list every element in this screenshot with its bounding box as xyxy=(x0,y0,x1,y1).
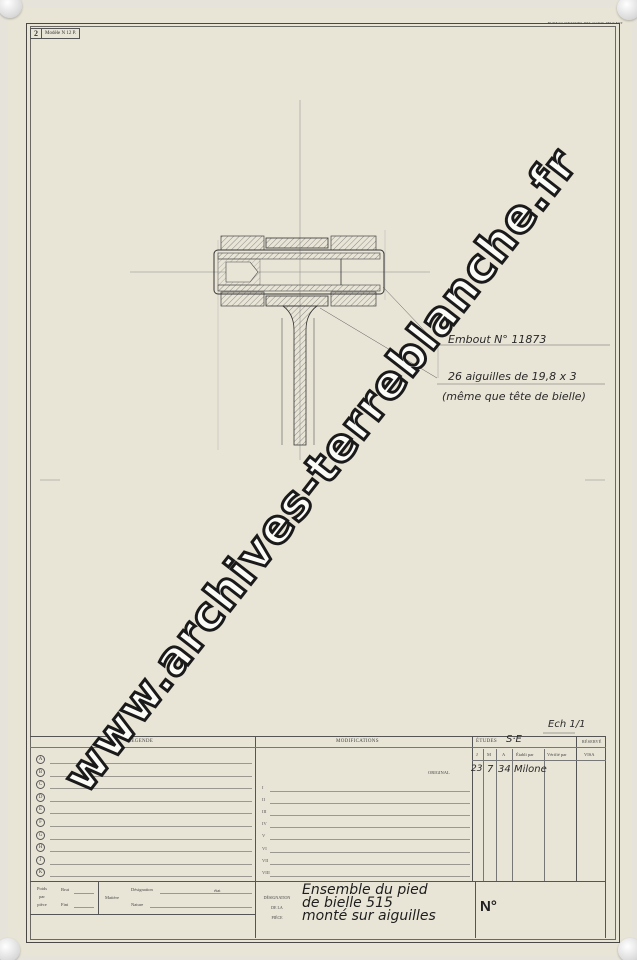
modification-row-8: VIII xyxy=(262,870,270,875)
legend-line xyxy=(50,851,252,852)
weight-line xyxy=(74,893,94,894)
weight-label-line: Poids xyxy=(34,885,50,893)
legend-letter-f: F xyxy=(36,818,45,827)
divider xyxy=(255,736,256,938)
modification-row-6: VI xyxy=(262,846,267,851)
divider xyxy=(98,881,99,914)
divider xyxy=(30,914,256,915)
column-verifie-par: Vérifié par xyxy=(547,752,567,757)
modification-row-4: IV xyxy=(262,821,267,826)
weight-label: Poids par pièce xyxy=(34,885,50,909)
legend-letter-a: A xyxy=(36,755,45,764)
modification-line xyxy=(270,791,470,792)
modification-line xyxy=(270,864,470,865)
weight-label-line: pièce xyxy=(34,901,50,909)
annotation-needles: 26 aiguilles de 19,8 x 3 xyxy=(448,370,577,383)
material-nature-label: Nature xyxy=(131,902,143,907)
modification-line xyxy=(270,827,470,828)
column-m: M xyxy=(487,752,491,757)
legend-letter-g: G xyxy=(36,831,45,840)
legend-letter-j: J xyxy=(36,856,45,865)
material-line xyxy=(160,893,252,894)
legend-line xyxy=(50,826,252,827)
legend-letter-c: C xyxy=(36,780,45,789)
scale-annotation: Ech 1/1 xyxy=(548,719,585,730)
modification-row-5: V xyxy=(262,833,265,838)
divider xyxy=(472,760,606,761)
modification-line xyxy=(270,803,470,804)
divider xyxy=(475,881,476,938)
visa-reserved: RÉSERVÉ xyxy=(582,739,602,744)
date-month: 7 xyxy=(487,764,493,775)
designation-label-line: PIÈCE xyxy=(258,913,296,923)
visa-title: VISA xyxy=(584,752,595,757)
weight-line xyxy=(74,907,94,908)
column-etabli-par: Établi par xyxy=(516,752,534,757)
material-designation-label: Désignation xyxy=(131,887,153,892)
date-day: 23 xyxy=(471,764,482,774)
divider xyxy=(576,736,577,881)
weight-brut-label: Brut xyxy=(61,887,69,892)
legend-line xyxy=(50,839,252,840)
legend-letter-k: K xyxy=(36,868,45,877)
divider xyxy=(483,749,484,881)
column-a: A xyxy=(502,752,505,757)
part-designation: Ensemble du pied de bielle 515 monté sur… xyxy=(302,884,436,923)
modification-row-3: III xyxy=(262,809,267,814)
modification-row-7: VII xyxy=(262,858,268,863)
designation-label: DÉSIGNATION DE LA PIÈCE xyxy=(258,893,296,923)
etudes-title: ÉTUDES xyxy=(476,739,497,744)
divider xyxy=(605,736,606,938)
modification-line xyxy=(270,852,470,853)
legend-letter-e: E xyxy=(36,805,45,814)
modification-line xyxy=(270,876,470,877)
date-year: 34 xyxy=(498,764,511,775)
weight-label-line: par xyxy=(34,893,50,901)
divider xyxy=(496,749,497,881)
legend-line xyxy=(50,813,252,814)
weight-fini-label: Fini xyxy=(61,902,68,907)
legend-line xyxy=(50,876,252,877)
material-label: Matière xyxy=(105,895,119,900)
legend-line xyxy=(50,864,252,865)
legend-letter-h: H xyxy=(36,843,45,852)
legend-letter-d: D xyxy=(36,793,45,802)
etudes-service: S·E xyxy=(506,734,522,745)
annotation-needles-note: (même que tête de bielle) xyxy=(442,390,586,403)
modifications-title: MODIFICATIONS xyxy=(336,739,379,744)
designation-line: monté sur aiguilles xyxy=(302,910,436,923)
material-line xyxy=(150,907,252,908)
designation-label-line: DE LA xyxy=(258,903,296,913)
part-number-label: N° xyxy=(480,898,497,915)
divider xyxy=(472,736,473,881)
annotation-embout: Embout N° 11873 xyxy=(448,333,546,346)
modification-row-2: II xyxy=(262,797,265,802)
modification-line xyxy=(270,815,470,816)
column-j: J xyxy=(476,752,478,757)
modification-row-1: I xyxy=(262,785,264,790)
legend-line xyxy=(50,801,252,802)
designation-label-line: DÉSIGNATION xyxy=(258,893,296,903)
divider xyxy=(512,749,513,881)
established-by: Milone xyxy=(514,764,547,775)
original-label: ORIGINAL xyxy=(428,770,450,775)
legend-letter-b: B xyxy=(36,768,45,777)
modification-line xyxy=(270,839,470,840)
